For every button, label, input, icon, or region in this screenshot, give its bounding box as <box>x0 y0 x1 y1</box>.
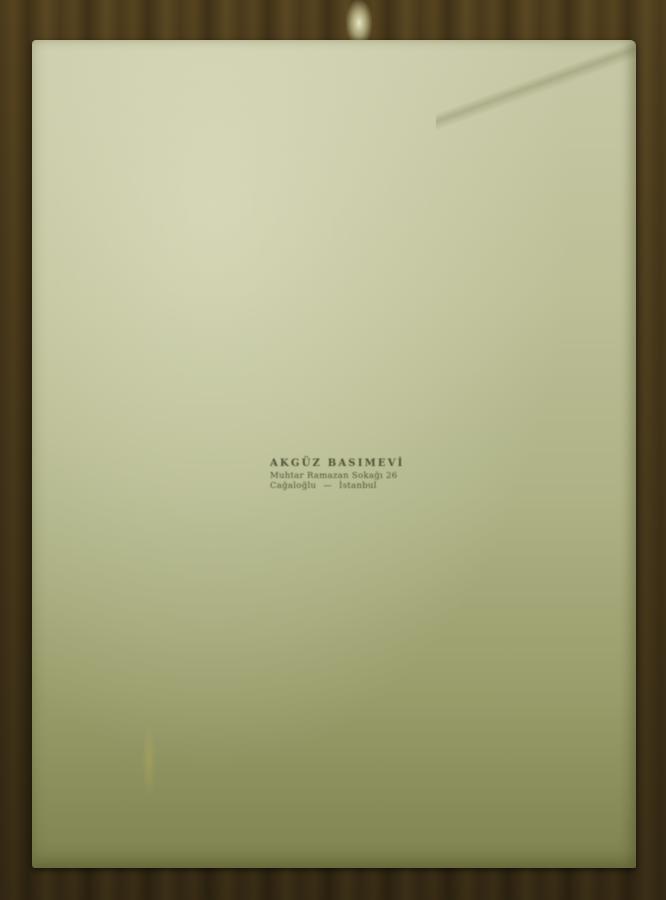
printer-name: AKGÜZ BASIMEVİ <box>270 458 430 471</box>
booklet-back-cover: AKGÜZ BASIMEVİ Muhtar Ramazan Sokağı 26 … <box>32 40 636 868</box>
printer-city: Cağaloğlu — İstanbul <box>270 481 430 492</box>
printer-imprint: AKGÜZ BASIMEVİ Muhtar Ramazan Sokağı 26 … <box>270 458 430 492</box>
paper-stain <box>142 720 156 800</box>
printer-street: Muhtar Ramazan Sokağı 26 <box>270 471 430 482</box>
corner-crease <box>436 40 636 130</box>
